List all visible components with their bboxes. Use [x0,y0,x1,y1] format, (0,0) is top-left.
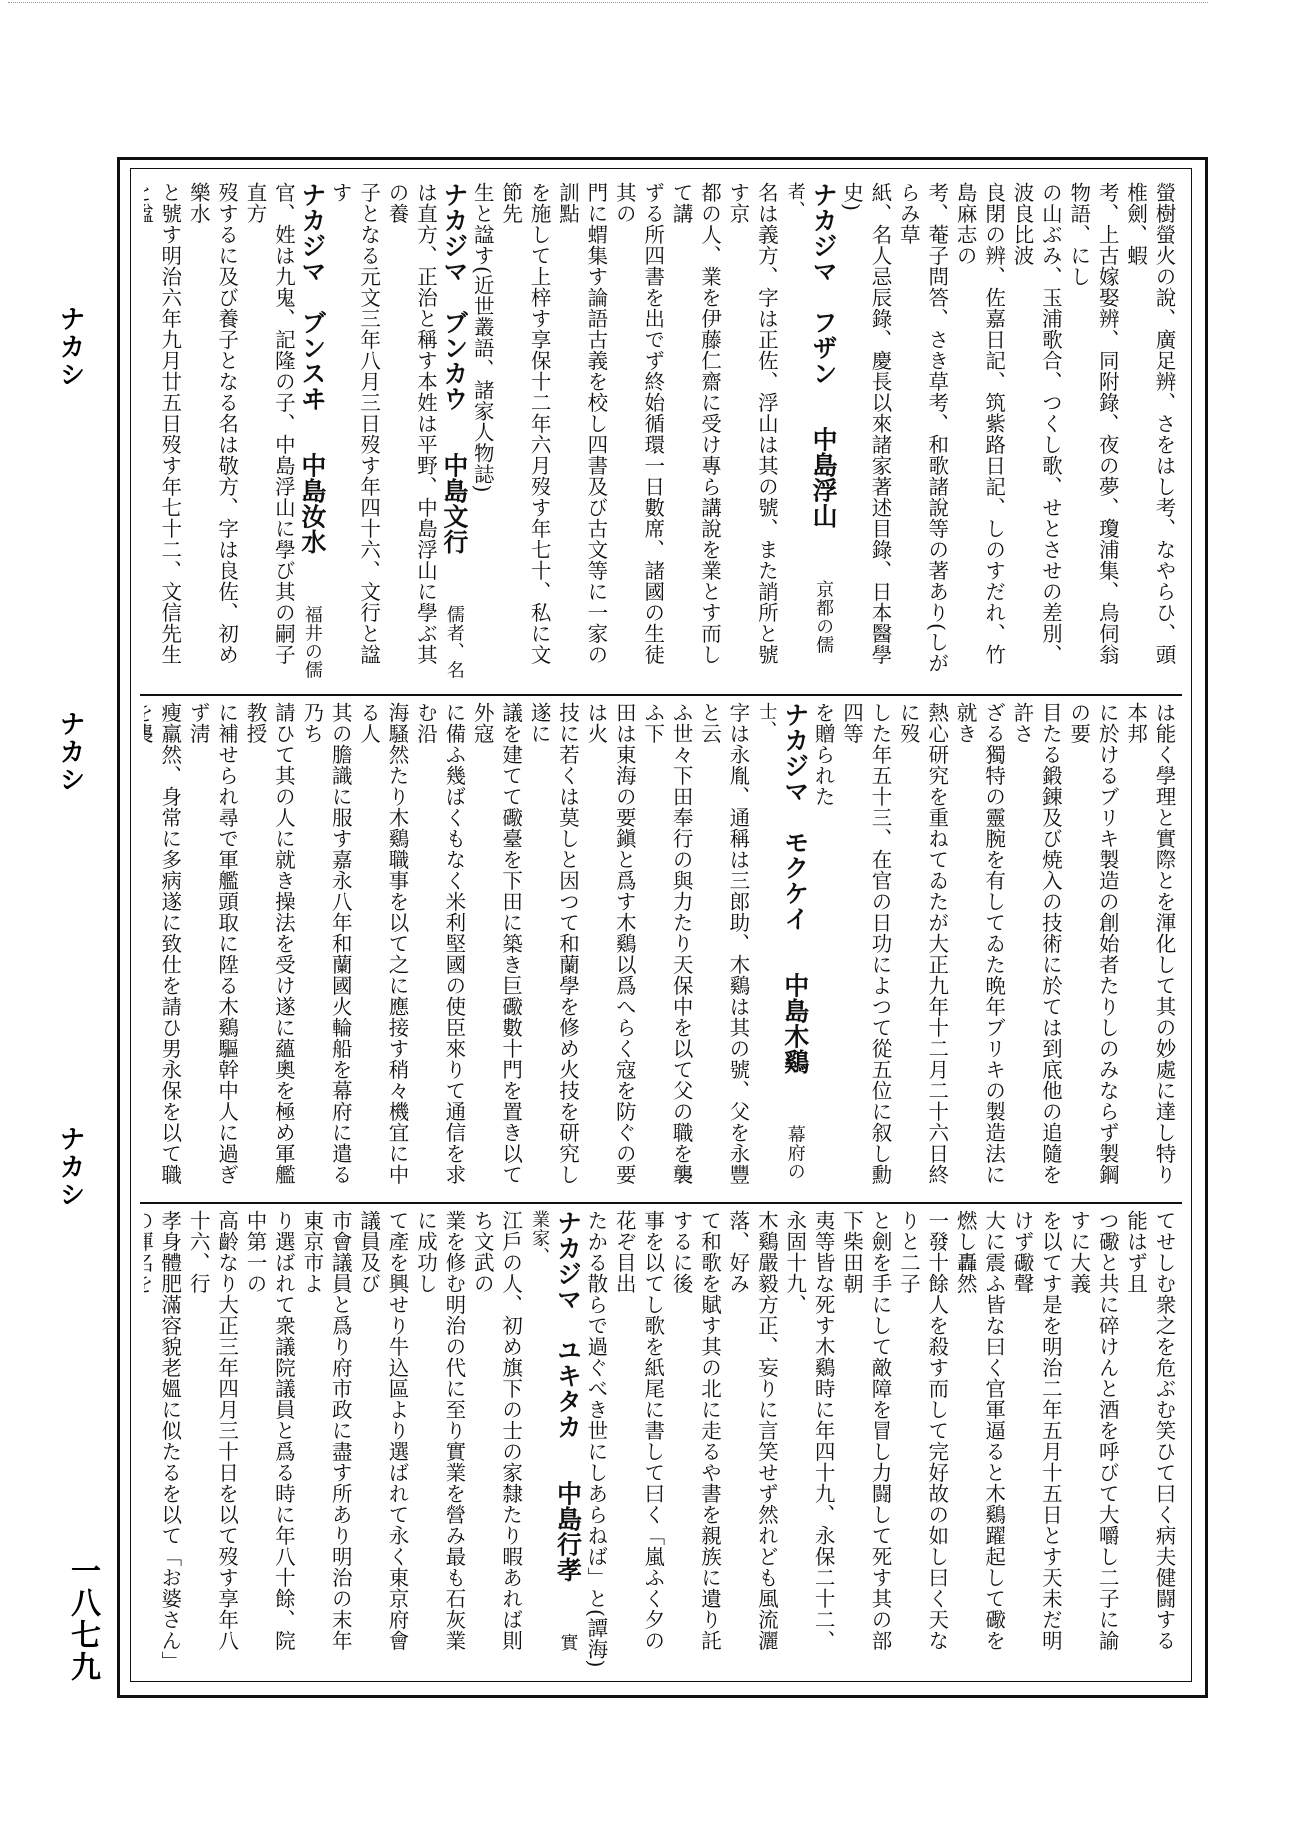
entry-heading: ナカジマ ブンカウ 中島文行 儒者、名 [439,182,467,682]
text-column: と號す明治六年九月廿五日歿す年七十二、文信先生と諡 [144,182,184,682]
entry-kanji-name: 中島木鷄 [781,947,810,1075]
text-column: 考、上古嫁娶辨、同附錄、夜の夢、瓊浦集、烏伺翁物語、にし [1064,182,1121,682]
text-column: した年五十三、在官の日功によつて從五位に叙し勳四等 [837,702,894,1192]
vertical-columns: てせしむ衆之を危ぶむ笑ひて曰く病夫健闘する能はず且つ礮と共に碎けんと酒を呼びて大… [144,1210,1178,1670]
entry-kana-name: ナカジマ モクケイ [781,702,810,932]
text-column: を贈られた [809,702,837,1192]
text-column: 歿するに及び養子となる名は敬方、字は良佐、初め樂水 [184,182,241,682]
text-column: 子となる元文三年八月三日歿す年四十六、文行と諡す [326,182,383,682]
text-column: と劍を手にして敵障を冒し力闘して死す其の部下柴田朝 [837,1210,894,1670]
text-column: 業を修む明治の代に至り實業を營み最も石灰業に成功し [411,1210,468,1670]
text-column: 大に震ふ皆な曰く官軍逼ると木鷄躍起して礮を燃し轟然 [951,1210,1008,1670]
entry-kana-name: ナカジマ フザン [809,182,838,386]
text-column: 都の人、業を伊藤仁齋に受け專ら講說を業とす而して講 [667,182,724,682]
section-label-bottom: ナカシ [52,1125,89,1209]
text-column: 高齡なり大正三年四月三十日を以て歿す享年八十六、行 [184,1210,241,1670]
entry-heading: ナカジマ ブンスヰ 中島汝水 福井の儒 [297,182,325,682]
text-band-bottom: てせしむ衆之を危ぶむ笑ひて曰く病夫健闘する能はず且つ礮と共に碎けんと酒を呼びて大… [140,1202,1182,1674]
text-column: 一發十餘人を殺す而して完好故の如し曰く天なりと二子 [894,1210,951,1670]
text-column: 目たる鍛錬及び焼入の技術に於ては到底他の追隨を許さ [1008,702,1065,1192]
text-column: を施して上梓す享保十二年六月歿す年七十、私に文節先 [496,182,553,682]
text-column: 夷等皆な死す木鷄時に年四十九、永保二十二、永固十九、 [780,1210,837,1670]
entry-kana-name: ナカジマ ユキタカ [553,1210,582,1440]
text-column: てせしむ衆之を危ぶむ笑ひて曰く病夫健闘する能はず且 [1121,1210,1178,1670]
entry-kana-name: ナカジマ ブンスヰ [298,182,327,412]
text-column: の山ぶみ、玉浦歌合、つくし歌、せとさせの差別、波良比波 [1008,182,1065,682]
entry-kanji-name: 中島浮山 [809,401,838,529]
entry-heading: ナカジマ ユキタカ 中島行孝 實業家、 [525,1210,582,1670]
text-column: 字は永胤、通稱は三郎助、木鷄は其の號、父を永豐と云 [695,702,752,1192]
text-column: 海騷然たり木鷄職事を以て之に應接す稍々機宜に中る人 [354,702,411,1192]
scan-edge-line [8,2,1208,5]
text-column: 事を以てし歌を紙尾に書して曰く「嵐ふく夕の花ぞ目出 [610,1210,667,1670]
text-column: 紙、名人忌辰錄、慶長以來諸家著述目錄、日本醫學史) [837,182,894,682]
text-band-middle: は能く學理と實際とを渾化して其の妙處に達し特り本邦に於けるブリキ製造の創始者たり… [140,694,1182,1196]
vertical-columns: 螢樹螢火の說、廣足辨、さをはし考、なやらひ、頭椎劍、蝦考、上古嫁娶辨、同附錄、夜… [144,182,1178,682]
text-column: 官、姓は九鬼、記隆の子、中島浮山に學び其の嗣子直方 [241,182,298,682]
text-column: は直方、正治と稱す本姓は平野、中島浮山に學ぶ其の養 [383,182,440,682]
text-column: て和歌を賦す其の北に走るや書を親族に遺り託するに後 [667,1210,724,1670]
text-column: ふ世々下田奉行の與力たり天保中を以て父の職を襲ふ下 [638,702,695,1192]
section-label-middle: ナカシ [52,710,89,794]
entry-kanji-name: 中島文行 [440,427,469,555]
entry-kana-name: ナカジマ ブンカウ [440,182,469,412]
section-label-top: ナカシ [52,305,89,389]
page-number: 一八七九 [60,1555,104,1683]
text-column: たかる散らで過ぐべき世にしあらねば」と(譚海) [581,1210,609,1670]
text-column: 生と諡す(近世叢語、諸家人物誌) [468,182,496,682]
entry-kanji-name: 中島汝水 [298,427,327,555]
text-column: 螢樹螢火の說、廣足辨、さをはし考、なやらひ、頭椎劍、蝦 [1121,182,1178,682]
text-column: 名は義方、字は正佐、浮山は其の號、また誚所と號す京 [724,182,781,682]
text-column: て產を興せり牛込區より選ばれて永く東京府會議員及び [354,1210,411,1670]
entry-descriptor: 福井の儒 [302,568,323,679]
text-band-top: 螢樹螢火の說、廣足辨、さをはし考、なやらひ、頭椎劍、蝦考、上古嫁娶辨、同附錄、夜… [140,176,1182,686]
text-column: 其の膽識に服す嘉永八年和蘭國火輪船を幕府に遣る乃ち [297,702,354,1192]
text-column: 考、菴子問答、さき草考、和歌諸說等の著あり(しがらみ草 [894,182,951,682]
text-column: ざる獨特の靈腕を有してゐた晩年ブリキの製造法に就き [951,702,1008,1192]
text-column: ずる所四書を出でず終始循環一日數席、諸國の生徒其の [610,182,667,682]
text-column: 請ひて其の人に就き操法を受け遂に蘊奧を極め軍艦教授 [241,702,298,1192]
text-column: に補せられ尋で軍艦頭取に陞る木鷄驅幹中人に過ぎず淸 [184,702,241,1192]
entry-heading: ナカジマ フザン 中島浮山 京都の儒者、 [780,182,837,682]
entry-kanji-name: 中島行孝 [553,1455,582,1583]
text-column: 市會議員と爲り府市政に盡す所あり明治の末年東京市よ [297,1210,354,1670]
text-column: 良閉の辨、佐嘉日記、筑紫路日記、しのすだれ、竹島麻志の [951,182,1008,682]
text-column: に於けるブリキ製造の創始者たりしのみならず製鋼の要 [1064,702,1121,1192]
text-column: は能く學理と實際とを渾化して其の妙處に達し特り本邦 [1121,702,1178,1192]
text-column: 技に若くは莫しと因つて和蘭學を修め火技を研究し遂に [525,702,582,1192]
entry-descriptor: 儒者、名 [444,568,465,679]
text-column: 瘦羸然、身常に多病遂に致仕を請ひ男永保を以て職を襲 [144,702,184,1192]
vertical-columns: は能く學理と實際とを渾化して其の妙處に達し特り本邦に於けるブリキ製造の創始者たり… [144,702,1178,1192]
text-column: 議を建てて礮臺を下田に築き巨礮數十門を置き以て外寇 [468,702,525,1192]
text-column: 田は東海の要鎭と爲す木鷄以爲へらく寇を防ぐの要は火 [581,702,638,1192]
text-column: り選ばれて衆議院議員と爲る時に年八十餘、院中第一の [241,1210,298,1670]
text-column: を以てす是を明治二年五月十五日とす天未だ明けず礮聲 [1008,1210,1065,1670]
text-column: 木鷄嚴毅方正、妄りに言笑せず然れども風流灑落、好み [724,1210,781,1670]
text-column: つ礮と共に碎けんと酒を呼びて大嚼し二子に諭すに大義 [1064,1210,1121,1670]
text-column: 孝身體肥滿容貌老媼に似たるを以て「お婆さん」の渾名を [144,1210,184,1670]
text-column: 江戶の人、初め旗下の士の家隸たり暇あれば則ち文武の [468,1210,525,1670]
text-column: 熱心研究を重ねてゐたが大正九年十二月二十六日終に歿 [894,702,951,1192]
entry-heading: ナカジマ モクケイ 中島木鷄 幕府の士、 [752,702,809,1192]
text-column: 門に蝟集す論語古義を校し四書及び古文等に一家の訓點 [553,182,610,682]
text-column: に備ふ幾ばくもなく米利堅國の使臣來りて通信を求む沿 [411,702,468,1192]
